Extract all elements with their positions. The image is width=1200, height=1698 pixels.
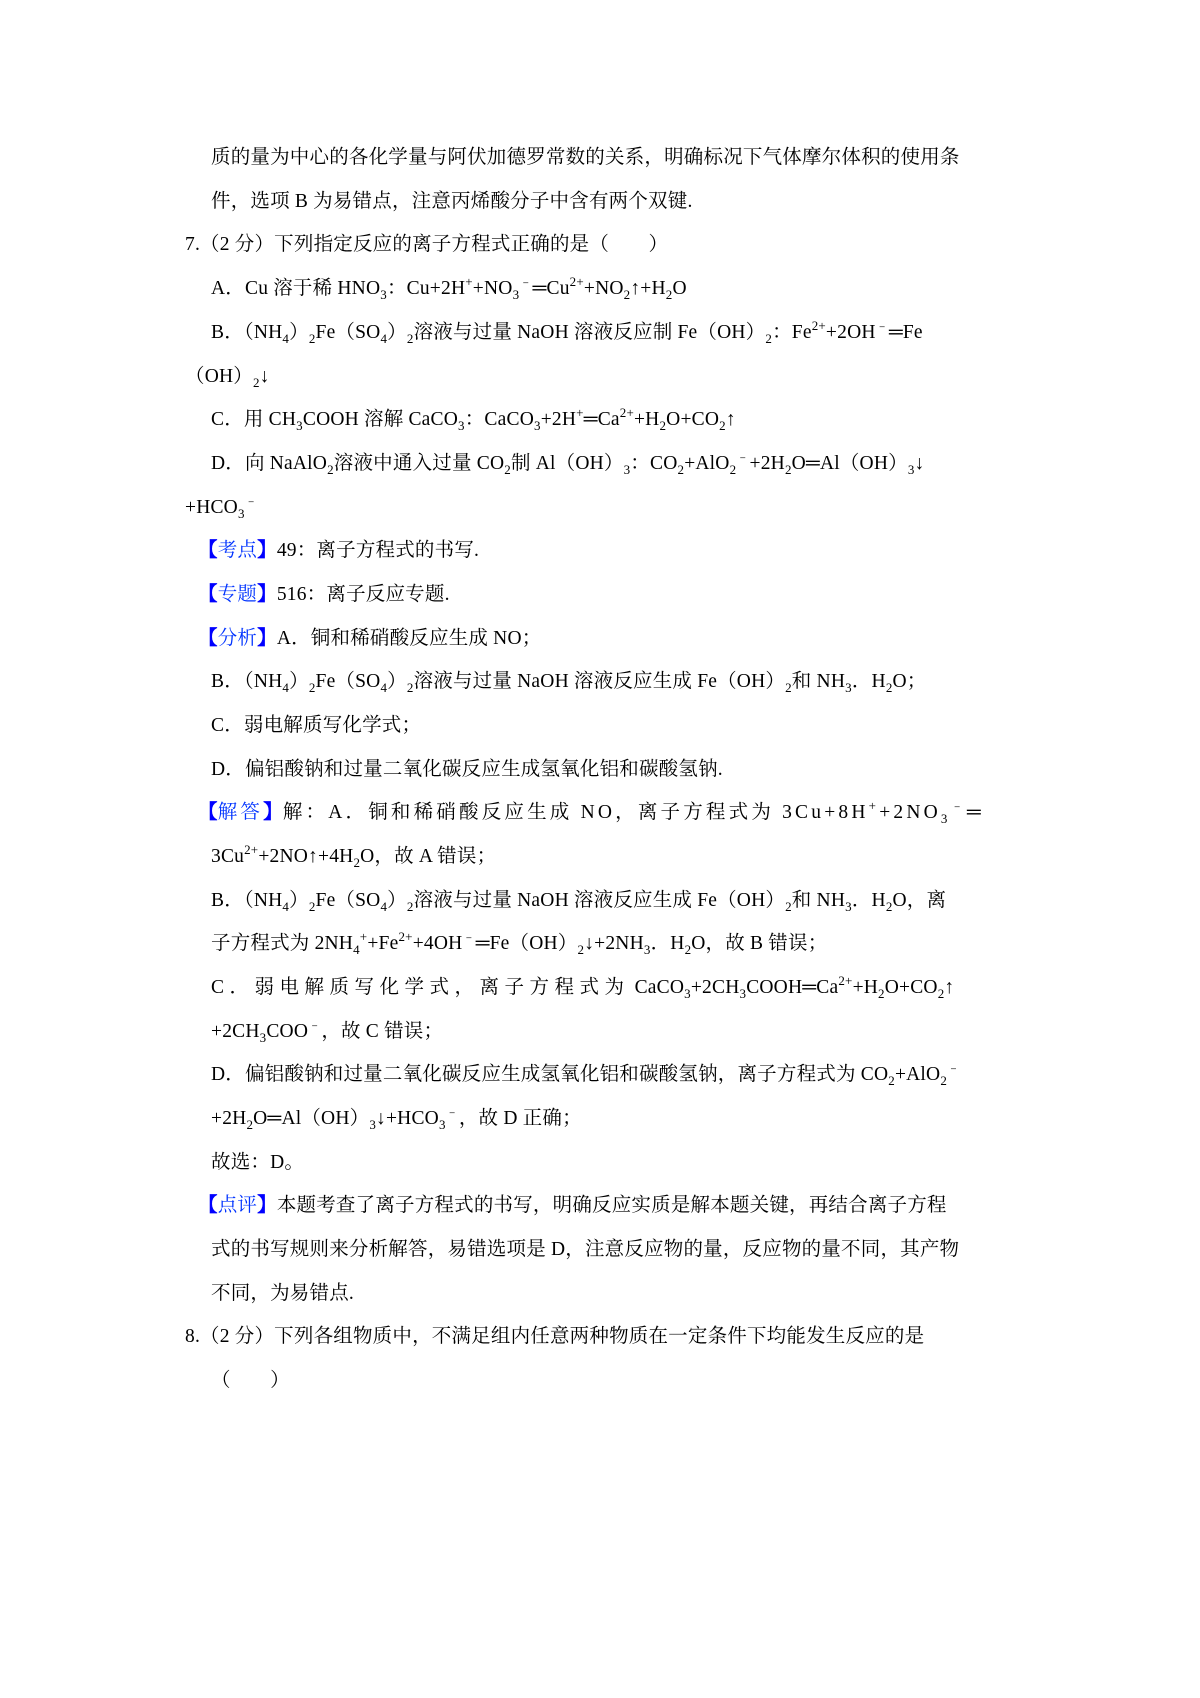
question8-number: 8. xyxy=(185,1326,200,1347)
question7-option-b-cont: （OH）2↓ xyxy=(185,365,270,389)
question7-option-d-cont: +HCO3﹣ xyxy=(185,496,258,520)
dianping-line-1: 【点评】本题考查了离子方程式的书写，明确反应实质是解本题关键，再结合离子方程 xyxy=(198,1194,947,1218)
question7-stem: 7.（2 分）下列指定反应的离子方程式正确的是（ ） xyxy=(185,233,668,257)
previous-comment-line-1: 质的量为中心的各化学量与阿伏加德罗常数的关系，明确标况下气体摩尔体积的使用条 xyxy=(211,146,960,170)
jieda-conclusion: 故选：D。 xyxy=(211,1151,304,1175)
previous-comment-line-2: 件，选项 B 为易错点，注意丙烯酸分子中含有两个双键. xyxy=(211,190,693,214)
jieda-line-5: C．弱电解质写化学式，离子方程式为 CaCO3+2CH3COOH═Ca2++H2… xyxy=(211,976,954,1000)
dianping-line-2: 式的书写规则来分析解答，易错选项是 D，注意反应物的量，反应物的量不同，其产物 xyxy=(211,1238,959,1262)
fenxi-b: B．（NH4）2Fe（SO4）2溶液与过量 NaOH 溶液反应生成 Fe（OH）… xyxy=(211,670,927,694)
kaodian-text: 49：离子方程式的书写. xyxy=(277,540,479,561)
jieda-line-4: 子方程式为 2NH4++Fe2++4OH﹣═Fe（OH）2↓+2NH3．H2O，… xyxy=(211,932,827,956)
question8-score: （2 分） xyxy=(200,1326,274,1347)
zhuanti-text: 516：离子反应专题. xyxy=(277,584,450,605)
jieda-line-8: +2H2O═Al（OH）3↓+HCO3﹣，故 D 正确； xyxy=(211,1107,582,1131)
dianping-tag: 【点评】 xyxy=(198,1195,277,1216)
question7-number: 7. xyxy=(185,234,200,255)
jieda-line-6: +2CH3COO﹣，故 C 错误； xyxy=(211,1020,443,1044)
dianping-line-3: 不同，为易错点. xyxy=(211,1282,354,1306)
question7-option-b: B．（NH4）2Fe（SO4）2溶液与过量 NaOH 溶液反应制 Fe（OH）2… xyxy=(211,321,923,345)
jieda-line-7: D．偏铝酸钠和过量二氧化碳反应生成氢氧化铝和碳酸氢钠，离子方程式为 CO2+Al… xyxy=(211,1063,960,1087)
question7-option-a: A．Cu 溶于稀 HNO3：Cu+2H++NO3﹣═Cu2++NO2↑+H2O xyxy=(211,277,687,301)
fenxi-d: D．偏铝酸钠和过量二氧化碳反应生成氢氧化铝和碳酸氢钠. xyxy=(211,758,723,782)
jieda-line-2: 3Cu2++2NO↑+4H2O，故 A 错误； xyxy=(211,845,496,869)
question7-option-c: C．用 CH3COOH 溶解 CaCO3：CaCO3+2H+═Ca2++H2O+… xyxy=(211,408,736,432)
jieda-line-1: 【解答】解：A．铜和稀硝酸反应生成 NO，离子方程式为 3Cu+8H++2NO3… xyxy=(198,801,984,825)
fenxi-tag: 【分析】 xyxy=(198,628,277,649)
question7-score: （2 分） xyxy=(200,234,274,255)
question7-text: 下列指定反应的离子方程式正确的是（ ） xyxy=(274,234,668,255)
document-page: 质的量为中心的各化学量与阿伏加德罗常数的关系，明确标况下气体摩尔体积的使用条 件… xyxy=(0,0,1200,1698)
zhuanti-tag: 【专题】 xyxy=(198,584,277,605)
fenxi-c: C．弱电解质写化学式； xyxy=(211,714,421,738)
fenxi-line: 【分析】A．铜和稀硝酸反应生成 NO； xyxy=(198,627,541,651)
question7-option-d: D．向 NaAlO2溶液中通入过量 CO2制 Al（OH）3：CO2+AlO2﹣… xyxy=(211,452,924,476)
kaodian-line: 【考点】49：离子方程式的书写. xyxy=(198,539,479,563)
dianping-text-1: 本题考查了离子方程式的书写，明确反应实质是解本题关键，再结合离子方程 xyxy=(277,1195,947,1216)
zhuanti-line: 【专题】516：离子反应专题. xyxy=(198,583,450,607)
jieda-tag: 【解答】 xyxy=(198,802,283,823)
kaodian-tag: 【考点】 xyxy=(198,540,277,561)
question8-blank: （ ） xyxy=(211,1369,290,1393)
question8-text: 下列各组物质中，不满足组内任意两种物质在一定条件下均能发生反应的是 xyxy=(274,1326,924,1347)
question8-stem: 8.（2 分）下列各组物质中，不满足组内任意两种物质在一定条件下均能发生反应的是 xyxy=(185,1325,924,1349)
fenxi-text-a: A．铜和稀硝酸反应生成 NO； xyxy=(277,628,542,649)
jieda-line-3: B．（NH4）2Fe（SO4）2溶液与过量 NaOH 溶液反应生成 Fe（OH）… xyxy=(211,889,946,913)
